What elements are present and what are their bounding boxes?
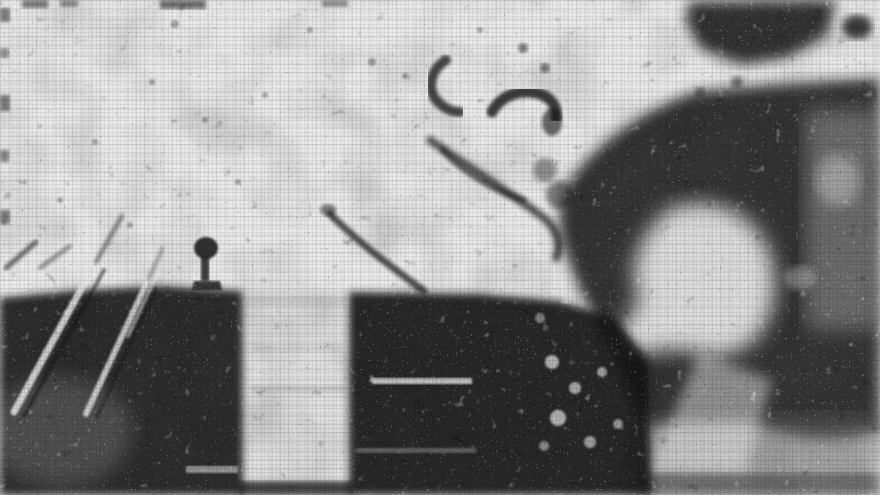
newspaper-photo — [0, 0, 880, 495]
halftone-weave-overlay — [0, 0, 880, 495]
halftone-photo-canvas — [0, 0, 880, 495]
